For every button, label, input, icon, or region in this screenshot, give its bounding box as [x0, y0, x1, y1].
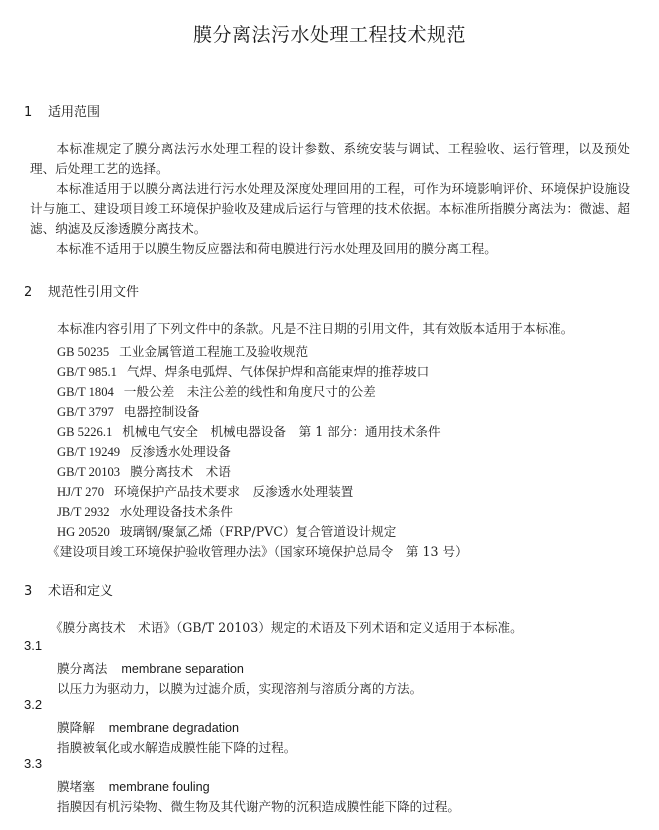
- reference-item: GB/T 20103膜分离技术 术语: [57, 461, 231, 480]
- term-heading: 膜分离法membrane separation: [57, 658, 244, 677]
- term-number: 3.2: [24, 697, 42, 712]
- section-number: 2: [24, 285, 48, 300]
- reference-item: GB/T 19249反渗透水处理设备: [57, 441, 231, 460]
- section-1-heading: 1适用范围: [24, 101, 100, 120]
- document-title: 膜分离法污水处理工程技术规范: [0, 20, 659, 47]
- reference-item: JB/T 2932水处理设备技术条件: [57, 501, 233, 520]
- reference-item: GB/T 1804一般公差 未注公差的线性和角度尺寸的公差: [57, 381, 376, 400]
- section-number: 3: [24, 584, 48, 599]
- term-definition: 指膜因有机污染物、微生物及其代谢产物的沉积造成膜性能下降的过程。: [57, 796, 460, 815]
- section-1-paragraph-3: 本标准不适用于以膜生物反应器法和荷电膜进行污水处理及回用的膜分离工程。: [30, 239, 630, 259]
- reference-item: GB/T 3797电器控制设备: [57, 401, 199, 420]
- reference-item: HJ/T 270环境保护产品技术要求 反渗透水处理装置: [57, 481, 353, 500]
- reference-item: GB 5226.1机械电气安全 机械电器设备 第 1 部分：通用技术条件: [57, 421, 441, 440]
- reference-item: GB 50235工业金属管道工程施工及验收规范: [57, 341, 308, 360]
- term-number: 3.1: [24, 638, 42, 653]
- section-number: 1: [24, 105, 48, 120]
- term-heading: 膜堵塞membrane fouling: [57, 776, 210, 795]
- section-1-paragraph-1: 本标准规定了膜分离法污水处理工程的设计参数、系统安装与调试、工程验收、运行管理，…: [30, 139, 630, 179]
- section-title: 术语和定义: [48, 584, 113, 599]
- section-title: 适用范围: [48, 105, 100, 120]
- reference-item: GB/T 985.1气焊、焊条电弧焊、气体保护焊和高能束焊的推荐坡口: [57, 361, 429, 380]
- section-2-heading: 2规范性引用文件: [24, 281, 139, 300]
- section-title: 规范性引用文件: [48, 285, 139, 300]
- term-number: 3.3: [24, 756, 42, 771]
- term-definition: 以压力为驱动力，以膜为过滤介质，实现溶剂与溶质分离的方法。: [57, 678, 422, 697]
- term-heading: 膜降解membrane degradation: [57, 717, 239, 736]
- section-1-paragraph-2: 本标准适用于以膜分离法进行污水处理及深度处理回用的工程，可作为环境影响评价、环境…: [30, 179, 630, 239]
- reference-item: 《建设项目竣工环境保护验收管理办法》（国家环境保护总局令 第 13 号）: [47, 541, 468, 560]
- section-2-intro: 本标准内容引用了下列文件中的条款。凡是不注日期的引用文件，其有效版本适用于本标准…: [57, 319, 573, 339]
- section-3-intro: 《膜分离技术 术语》（GB/T 20103）规定的术语及下列术语和定义适用于本标…: [50, 618, 523, 638]
- reference-item: HG 20520玻璃钢/聚氯乙烯（FRP/PVC）复合管道设计规定: [57, 521, 396, 540]
- section-3-heading: 3术语和定义: [24, 580, 113, 599]
- term-definition: 指膜被氧化或水解造成膜性能下降的过程。: [57, 737, 296, 756]
